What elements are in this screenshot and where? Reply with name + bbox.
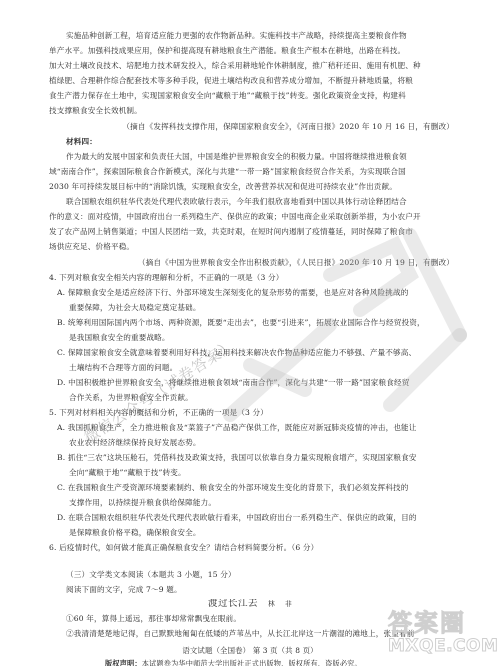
material3-line: 植绿肥、合理耕作综合配套技术等多种手段，促进土壤结构改良和营养成分增加，不断提升…: [49, 76, 454, 86]
question-4-stem: 4. 下列对粮食安全相关内容的理解和分析，不正确的一项是（3 分）: [49, 273, 454, 283]
story-paragraph: ①60 年，算得上遥远，那往事却常常飘曳在眼前。: [66, 614, 471, 624]
material4-line: 2030 年可持续发展目标中的“消除饥饿，实现粮食安全，改善营养状况和促进可持续…: [49, 182, 454, 192]
question-5-option-c: C. 在我国粮食生产受资源环境要素制约、粮食安全的外部环境发生变化的背景下，我们…: [57, 483, 462, 493]
question-4-option-b-cont: 是我国粮食安全的重要战略。: [69, 333, 474, 343]
material3-line: 单产水平。加强科技成果应用，保护和提高现有耕地粮食生产潜能。粮食生产根本在耕地，…: [49, 46, 454, 56]
question-4-option-a: A. 保障粮食安全是适应经济下行、外部环境发生深刻变化的复杂形势的需要，也是应对…: [57, 288, 462, 298]
question-5-option-a-cont: 农业农村经济继续保持良好发展态势。: [69, 438, 474, 448]
question-4-option-a-cont: 重要保障，为社会大局稳定奠定基础。: [69, 303, 474, 313]
story-paragraph: ②我清清楚楚地记得，自己默默地匍匐在低矮的芦苇丛中，从长江北岸这一片潮湿的滩地上…: [66, 629, 471, 639]
exam-page: 实施品种创新工程，培育适应能力更强的农作物新品种。实施科技丰产战略，持续提高主要…: [0, 0, 500, 666]
question-4-option-d: D. 中国积极维护世界粮食安全，将继续推进粮食领域“南南合作”，深化与共建“一带…: [57, 378, 462, 388]
material3-line: 技支撑粮食安全长效机制。: [49, 106, 454, 116]
material4-source: （摘自《中国为世界粮食安全作出积极贡献》，《人民日报》2020 年 10 月 1…: [138, 258, 454, 268]
story-title-text: 渡过长江去: [208, 599, 258, 609]
question-6-stem: 6. 后疫情时代，如何做才能真正确保粮食安全？请结合材料简要分析。（6 分）: [49, 543, 454, 553]
section3-heading: （三）文学类文本阅读（本题共 3 小题，15 分）: [66, 570, 471, 580]
material3-line: 加大对土壤改良技术、培肥地力技术研发投入，综合采用耕地轮作休耕制度，推广秸秆还田…: [49, 61, 454, 71]
material4-line: 联合国粮农组织驻华代表处代理代表欧敏行表示，今年我们很欣喜地看到中国以具体行动诠…: [66, 197, 471, 207]
page-number-footer: 语文试题（全国卷） 第 3 页（共 8 页）: [0, 646, 500, 656]
question-5-option-b-cont: 全向“藏粮于地”“藏粮于技”转变。: [69, 468, 474, 478]
material3-source: （摘自《发挥科技支撑作用，保障国家粮食安全》，《河南日报》2020 年 10 月…: [122, 122, 454, 132]
copyright-text: 本试题卷为华中师范大学出版社正式出版物，版权所有，盗版必究。: [142, 659, 362, 666]
material4-line: 场供应充足、价格平稳。: [49, 242, 454, 252]
question-5-option-d: D. 在联合国粮农组织驻华代表处代理代表欧敏行看来，中国政府出台一系列稳生产、保…: [57, 513, 462, 523]
story-title: 渡过长江去林 非: [208, 599, 500, 609]
story-author: 林 非: [268, 600, 296, 608]
material3-line: 食生产潜力保存在土地中，实现国家粮食安全向“藏粮于地”“藏粮于技”转变。强化政策…: [49, 91, 454, 101]
copyright-notice: 版权声明：本试题卷为华中师范大学出版社正式出版物，版权所有，盗版必究。: [105, 659, 500, 666]
copyright-label: 版权声明：: [105, 659, 142, 666]
question-5-stem: 5. 下列对材料相关内容的概括和分析，不正确的一项是（3 分）: [49, 408, 454, 418]
question-4-option-c-cont: 土壤结构不合理等方面的问题。: [69, 363, 474, 373]
material4-line: 作的意义：面对疫情，中国政府出台一系列稳生产、保供应的政策；中国电商企业采取创新…: [49, 212, 454, 222]
material4-line: 发了农产品网上销售渠道；中国人民团结一致，共克时艰，在短时间内遏制了疫情蔓延，同…: [49, 227, 454, 237]
question-4-option-b: B. 统筹利用国际国内两个市场、两种资源，既要“走出去”，也要“引进来”，拓展农…: [57, 318, 462, 328]
section3-instruction: 阅读下面的文字，完成 7～9 题。: [66, 585, 471, 595]
question-4-option-c: C. 保障国家粮食安全就意味着要利用好科技，运用科技来解决农作物品种适应能力不够…: [57, 348, 462, 358]
material3-line: 实施品种创新工程，培育适应能力更强的农作物新品种。实施科技丰产战略，持续提高主要…: [66, 31, 471, 41]
material4-line: 域“南南合作”，探索国际粮食合作新模式，深化与共建“一带一路”国家粮食经贸合作关…: [49, 167, 454, 177]
material4-line: 作为最大的发展中国家和负责任大国，中国是维护世界粮食安全的积极力量。中国将继续推…: [66, 152, 471, 162]
question-5-option-b: B. 抓住“三农”这块压舱石，凭借科技及政策支持，我国可以依靠自身力量实现粮食增…: [57, 453, 462, 463]
question-5-option-a: A. 我国抓粮食生产，全力推进粮食及“菜篮子”产品稳产保供工作，既能应对新冠肺炎…: [57, 423, 462, 433]
question-4-option-d-cont: 合作关系，为世界粮食安全作贡献。: [69, 393, 474, 403]
question-5-option-c-cont: 支撑作用，以持续提升粮食供给保障能力。: [69, 498, 474, 508]
material4-heading: 材料四：: [66, 137, 471, 147]
question-5-option-d-cont: 是保障粮食价格平稳，确保粮食安全。: [69, 528, 474, 538]
